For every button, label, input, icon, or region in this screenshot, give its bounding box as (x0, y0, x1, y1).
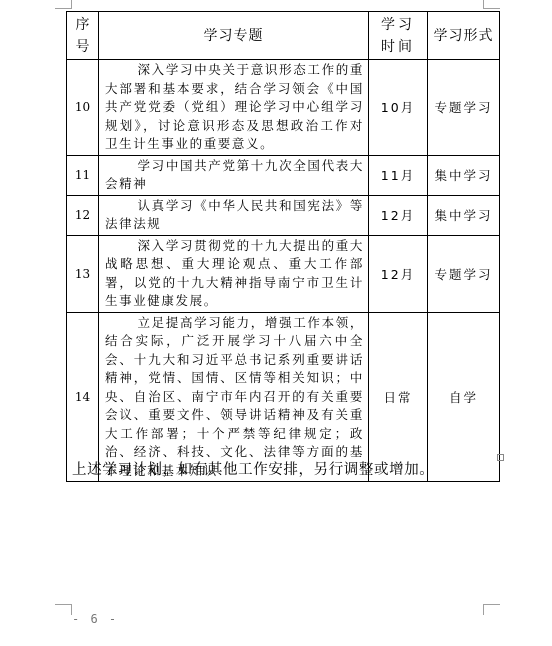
table-resize-handle[interactable] (497, 454, 504, 461)
table-row: 12 认真学习《中华人民共和国宪法》等法律法规 12月 集中学习 (67, 195, 500, 235)
row-topic: 认真学习《中华人民共和国宪法》等法律法规 (99, 195, 369, 235)
header-index: 序号 (67, 12, 99, 60)
crop-mark-top-left (55, 0, 72, 9)
crop-mark-top-right (483, 0, 500, 9)
row-index: 11 (67, 155, 99, 195)
table-header-row: 序号 学习专题 学习时间 学习形式 (67, 12, 500, 60)
table-row: 10 深入学习中央关于意识形态工作的重大部署和基本要求，结合学习领会《中国共产党… (67, 60, 500, 156)
row-index: 13 (67, 235, 99, 312)
header-topic: 学习专题 (99, 12, 369, 60)
row-form: 专题学习 (428, 60, 500, 156)
row-time: 日常 (369, 312, 428, 482)
row-topic: 深入学习贯彻党的十九大提出的重大战略思想、重大理论观点、重大工作部署，以党的十九… (99, 235, 369, 312)
row-time: 10月 (369, 60, 428, 156)
table-row: 11 学习中国共产党第十九次全国代表大会精神 11月 集中学习 (67, 155, 500, 195)
row-time: 11月 (369, 155, 428, 195)
row-index: 10 (67, 60, 99, 156)
row-topic: 深入学习中央关于意识形态工作的重大部署和基本要求，结合学习领会《中国共产党党委（… (99, 60, 369, 156)
page-number: - 6 - (72, 612, 118, 626)
header-time: 学习时间 (369, 12, 428, 60)
row-form: 集中学习 (428, 195, 500, 235)
row-index: 12 (67, 195, 99, 235)
row-time: 12月 (369, 195, 428, 235)
row-form: 集中学习 (428, 155, 500, 195)
row-time: 12月 (369, 235, 428, 312)
row-topic: 立足提高学习能力，增强工作本领，结合实际，广泛开展学习十八届六中全会、十九大和习… (99, 312, 369, 482)
crop-mark-bottom-right (483, 604, 500, 615)
study-plan-table: 序号 学习专题 学习时间 学习形式 10 深入学习中央关于意识形态工作的重大部署… (66, 11, 500, 482)
row-form: 专题学习 (428, 235, 500, 312)
table-row: 14 立足提高学习能力，增强工作本领，结合实际，广泛开展学习十八届六中全会、十九… (67, 312, 500, 482)
crop-mark-bottom-left (55, 604, 72, 615)
footnote-text: 上述学习计划，如有其他工作安排，另行调整或增加。 (72, 458, 434, 479)
row-index: 14 (67, 312, 99, 482)
header-form: 学习形式 (428, 12, 500, 60)
table-row: 13 深入学习贯彻党的十九大提出的重大战略思想、重大理论观点、重大工作部署，以党… (67, 235, 500, 312)
row-form: 自学 (428, 312, 500, 482)
row-topic: 学习中国共产党第十九次全国代表大会精神 (99, 155, 369, 195)
